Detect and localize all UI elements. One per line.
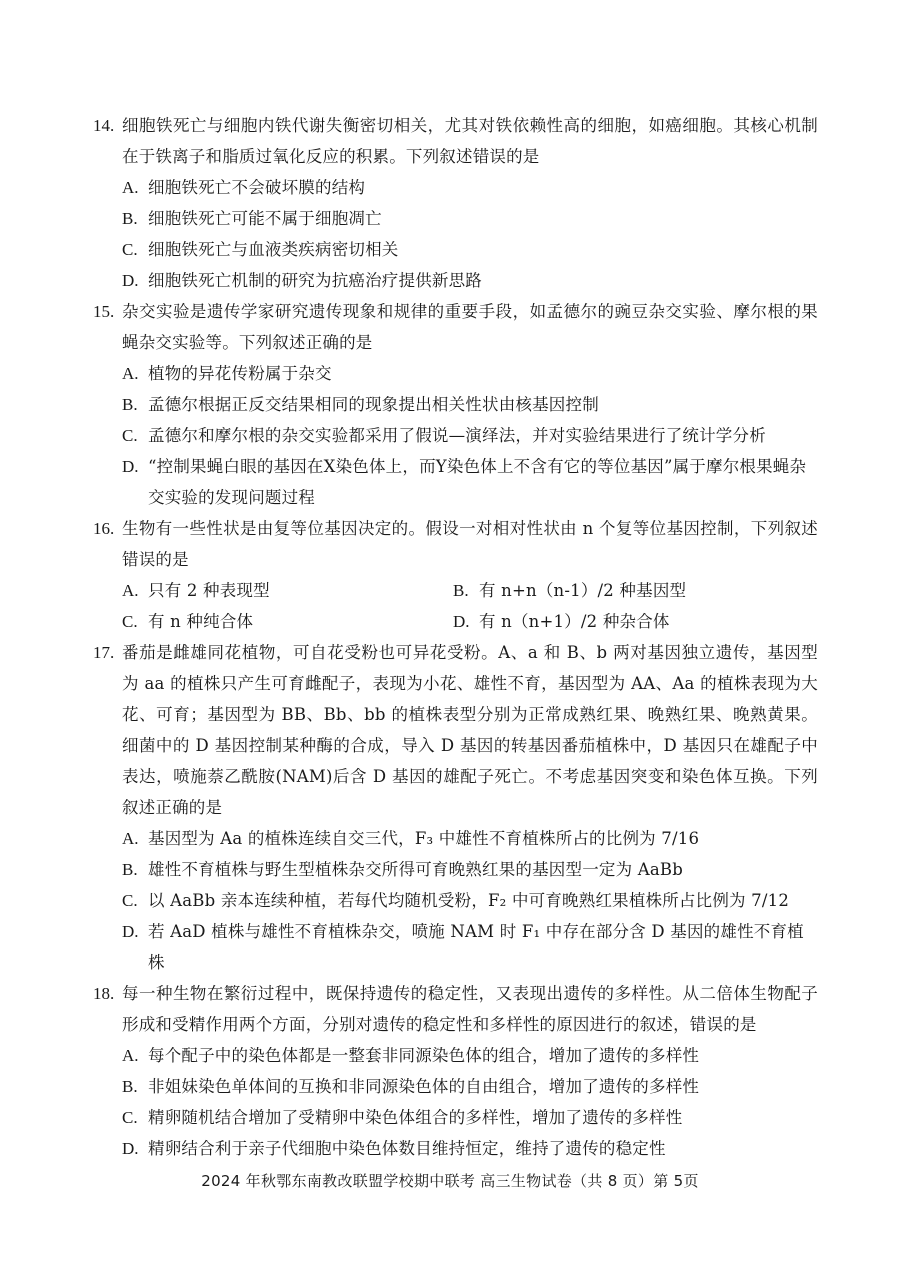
- question-text: 每一种生物在繁衍过程中，既保持遗传的稳定性，又表现出遗传的多样性。从二倍体生物配…: [122, 978, 818, 1040]
- option-text: 植物的异花传粉属于杂交: [148, 358, 818, 389]
- option-text: 以 AaBb 亲本连续种植，若每代均随机受粉，F₂ 中可育晚熟红果植株所占比例为…: [148, 885, 818, 916]
- option-c: C. 以 AaBb 亲本连续种植，若每代均随机受粉，F₂ 中可育晚熟红果植株所占…: [122, 885, 818, 916]
- option-b: B. 孟德尔根据正反交结果相同的现象提出相关性状由核基因控制: [122, 389, 818, 420]
- option-list: A. 基因型为 Aa 的植株连续自交三代，F₃ 中雄性不育植株所占的比例为 7/…: [122, 823, 818, 978]
- option-c: C. 细胞铁死亡与血液类疾病密切相关: [122, 234, 818, 265]
- option-text: 有 n（n+1）/2 种杂合体: [479, 606, 818, 637]
- question-stem: 16. 生物有一些性状是由复等位基因决定的。假设一对相对性状由 n 个复等位基因…: [93, 513, 818, 575]
- option-text: 精卵随机结合增加了受精卵中染色体组合的多样性，增加了遗传的多样性: [148, 1102, 818, 1133]
- question-text: 生物有一些性状是由复等位基因决定的。假设一对相对性状由 n 个复等位基因控制，下…: [122, 513, 818, 575]
- option-label: D.: [122, 265, 148, 296]
- question-text: 杂交实验是遗传学家研究遗传现象和规律的重要手段，如孟德尔的豌豆杂交实验、摩尔根的…: [122, 296, 818, 358]
- question-stem: 18. 每一种生物在繁衍过程中，既保持遗传的稳定性，又表现出遗传的多样性。从二倍…: [93, 978, 818, 1040]
- option-label: B.: [122, 854, 148, 885]
- option-text: 只有 2 种表现型: [148, 575, 453, 606]
- option-text: 细胞铁死亡可能不属于细胞凋亡: [148, 203, 818, 234]
- option-list: A. 细胞铁死亡不会破坏膜的结构 B. 细胞铁死亡可能不属于细胞凋亡 C. 细胞…: [122, 172, 818, 296]
- option-text: 非姐妹染色单体间的互换和非同源染色体的自由组合，增加了遗传的多样性: [148, 1071, 818, 1102]
- option-label: B.: [122, 203, 148, 234]
- option-label: D.: [453, 606, 479, 637]
- option-label: D.: [122, 916, 148, 978]
- option-a: A. 只有 2 种表现型: [122, 575, 453, 606]
- option-a: A. 植物的异花传粉属于杂交: [122, 358, 818, 389]
- option-label: C.: [122, 885, 148, 916]
- option-list: A. 只有 2 种表现型 B. 有 n+n（n-1）/2 种基因型 C. 有 n…: [122, 575, 818, 637]
- option-text: 有 n+n（n-1）/2 种基因型: [479, 575, 818, 606]
- option-b: B. 细胞铁死亡可能不属于细胞凋亡: [122, 203, 818, 234]
- question-text: 细胞铁死亡与细胞内铁代谢失衡密切相关，尤其对铁依赖性高的细胞，如癌细胞。其核心机…: [122, 110, 818, 172]
- option-text: “控制果蝇白眼的基因在X染色体上，而Y染色体上不含有它的等位基因”属于摩尔根果蝇…: [148, 451, 818, 513]
- option-a: A. 基因型为 Aa 的植株连续自交三代，F₃ 中雄性不育植株所占的比例为 7/…: [122, 823, 818, 854]
- option-label: A.: [122, 172, 148, 203]
- question-number: 14.: [93, 110, 122, 172]
- option-label: C.: [122, 234, 148, 265]
- option-text: 雄性不育植株与野生型植株杂交所得可育晚熟红果的基因型一定为 AaBb: [148, 854, 818, 885]
- option-list: A. 植物的异花传粉属于杂交 B. 孟德尔根据正反交结果相同的现象提出相关性状由…: [122, 358, 818, 513]
- option-d: D. “控制果蝇白眼的基因在X染色体上，而Y染色体上不含有它的等位基因”属于摩尔…: [122, 451, 818, 513]
- question-18: 18. 每一种生物在繁衍过程中，既保持遗传的稳定性，又表现出遗传的多样性。从二倍…: [93, 978, 818, 1164]
- exam-page: 14. 细胞铁死亡与细胞内铁代谢失衡密切相关，尤其对铁依赖性高的细胞，如癌细胞。…: [0, 0, 900, 1273]
- question-stem: 15. 杂交实验是遗传学家研究遗传现象和规律的重要手段，如孟德尔的豌豆杂交实验、…: [93, 296, 818, 358]
- option-label: A.: [122, 1040, 148, 1071]
- option-text: 细胞铁死亡与血液类疾病密切相关: [148, 234, 818, 265]
- option-a: A. 细胞铁死亡不会破坏膜的结构: [122, 172, 818, 203]
- option-text: 每个配子中的染色体都是一整套非同源染色体的组合，增加了遗传的多样性: [148, 1040, 818, 1071]
- option-label: D.: [122, 451, 148, 513]
- option-d: D. 有 n（n+1）/2 种杂合体: [453, 606, 818, 637]
- question-stem: 17. 番茄是雌雄同花植物，可自花受粉也可异花受粉。A、a 和 B、b 两对基因…: [93, 637, 818, 823]
- option-label: A.: [122, 358, 148, 389]
- option-text: 细胞铁死亡不会破坏膜的结构: [148, 172, 818, 203]
- option-a: A. 每个配子中的染色体都是一整套非同源染色体的组合，增加了遗传的多样性: [122, 1040, 818, 1071]
- option-label: B.: [453, 575, 479, 606]
- option-label: C.: [122, 606, 148, 637]
- option-list: A. 每个配子中的染色体都是一整套非同源染色体的组合，增加了遗传的多样性 B. …: [122, 1040, 818, 1164]
- option-label: D.: [122, 1133, 148, 1164]
- question-number: 16.: [93, 513, 122, 575]
- question-stem: 14. 细胞铁死亡与细胞内铁代谢失衡密切相关，尤其对铁依赖性高的细胞，如癌细胞。…: [93, 110, 818, 172]
- option-label: C.: [122, 1102, 148, 1133]
- option-text: 孟德尔和摩尔根的杂交实验都采用了假说—演绎法，并对实验结果进行了统计学分析: [148, 420, 818, 451]
- question-text: 番茄是雌雄同花植物，可自花受粉也可异花受粉。A、a 和 B、b 两对基因独立遗传…: [122, 637, 818, 823]
- option-label: C.: [122, 420, 148, 451]
- question-14: 14. 细胞铁死亡与细胞内铁代谢失衡密切相关，尤其对铁依赖性高的细胞，如癌细胞。…: [93, 110, 818, 296]
- question-15: 15. 杂交实验是遗传学家研究遗传现象和规律的重要手段，如孟德尔的豌豆杂交实验、…: [93, 296, 818, 513]
- option-c: C. 孟德尔和摩尔根的杂交实验都采用了假说—演绎法，并对实验结果进行了统计学分析: [122, 420, 818, 451]
- option-text: 有 n 种纯合体: [148, 606, 453, 637]
- option-label: A.: [122, 575, 148, 606]
- option-d: D. 细胞铁死亡机制的研究为抗癌治疗提供新思路: [122, 265, 818, 296]
- option-text: 基因型为 Aa 的植株连续自交三代，F₃ 中雄性不育植株所占的比例为 7/16: [148, 823, 818, 854]
- question-16: 16. 生物有一些性状是由复等位基因决定的。假设一对相对性状由 n 个复等位基因…: [93, 513, 818, 637]
- option-b: B. 非姐妹染色单体间的互换和非同源染色体的自由组合，增加了遗传的多样性: [122, 1071, 818, 1102]
- question-number: 15.: [93, 296, 122, 358]
- option-c: C. 精卵随机结合增加了受精卵中染色体组合的多样性，增加了遗传的多样性: [122, 1102, 818, 1133]
- question-17: 17. 番茄是雌雄同花植物，可自花受粉也可异花受粉。A、a 和 B、b 两对基因…: [93, 637, 818, 978]
- option-label: B.: [122, 1071, 148, 1102]
- question-list: 14. 细胞铁死亡与细胞内铁代谢失衡密切相关，尤其对铁依赖性高的细胞，如癌细胞。…: [93, 110, 818, 1164]
- question-number: 18.: [93, 978, 122, 1040]
- option-d: D. 若 AaD 植株与雄性不育植株杂交，喷施 NAM 时 F₁ 中存在部分含 …: [122, 916, 818, 978]
- option-text: 细胞铁死亡机制的研究为抗癌治疗提供新思路: [148, 265, 818, 296]
- question-number: 17.: [93, 637, 122, 823]
- option-text: 精卵结合利于亲子代细胞中染色体数目维持恒定，维持了遗传的稳定性: [148, 1133, 818, 1164]
- option-text: 若 AaD 植株与雄性不育植株杂交，喷施 NAM 时 F₁ 中存在部分含 D 基…: [148, 916, 818, 978]
- option-b: B. 雄性不育植株与野生型植株杂交所得可育晚熟红果的基因型一定为 AaBb: [122, 854, 818, 885]
- option-b: B. 有 n+n（n-1）/2 种基因型: [453, 575, 818, 606]
- option-text: 孟德尔根据正反交结果相同的现象提出相关性状由核基因控制: [148, 389, 818, 420]
- option-d: D. 精卵结合利于亲子代细胞中染色体数目维持恒定，维持了遗传的稳定性: [122, 1133, 818, 1164]
- page-footer: 2024 年秋鄂东南教改联盟学校期中联考 高三生物试卷（共 8 页）第 5页: [0, 1170, 900, 1191]
- option-label: B.: [122, 389, 148, 420]
- option-label: A.: [122, 823, 148, 854]
- option-c: C. 有 n 种纯合体: [122, 606, 453, 637]
